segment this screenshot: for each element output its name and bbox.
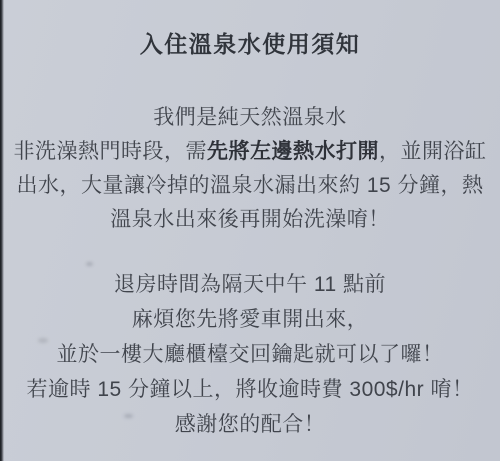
para2-line3: 並於一樓大廳櫃檯交回鑰匙就可以了囉！ bbox=[0, 337, 500, 372]
para2-line4: 若逾時 15 分鐘以上，將收逾時費 300$/hr 唷！ bbox=[0, 372, 500, 407]
para1-line1: 我們是純天然溫泉水 bbox=[0, 101, 500, 135]
para1-line2-post: ，並開浴缸 bbox=[379, 140, 487, 163]
para1-line4: 溫泉水出來後再開始洗澡唷！ bbox=[0, 203, 500, 237]
notice-document: 入住溫泉水使用須知 我們是純天然溫泉水 非洗澡熱門時段，需先將左邊熱水打開，並開… bbox=[0, 26, 500, 442]
notice-title: 入住溫泉水使用須知 bbox=[0, 26, 500, 59]
para1-line3: 出水，大量讓冷掉的溫泉水漏出來約 15 分鐘，熱 bbox=[0, 169, 500, 203]
photo-left-edge bbox=[0, 0, 4, 461]
para2-line1: 退房時間為隔天中午 11 點前 bbox=[0, 267, 500, 302]
checkout-instructions-paragraph: 退房時間為隔天中午 11 點前 麻煩您先將愛車開出來， 並於一樓大廳櫃檯交回鑰匙… bbox=[0, 267, 500, 442]
para2-line2: 麻煩您先將愛車開出來， bbox=[0, 302, 500, 337]
para2-line5: 感謝您的配合！ bbox=[0, 407, 500, 442]
para1-line2-bold-phrase: 先將左邊熱水打開 bbox=[207, 140, 379, 163]
para1-line2-pre: 非洗澡熱門時段，需 bbox=[14, 140, 208, 163]
hot-spring-instructions-paragraph: 我們是純天然溫泉水 非洗澡熱門時段，需先將左邊熱水打開，並開浴缸 出水，大量讓冷… bbox=[0, 101, 500, 237]
para1-line2: 非洗澡熱門時段，需先將左邊熱水打開，並開浴缸 bbox=[0, 135, 500, 169]
